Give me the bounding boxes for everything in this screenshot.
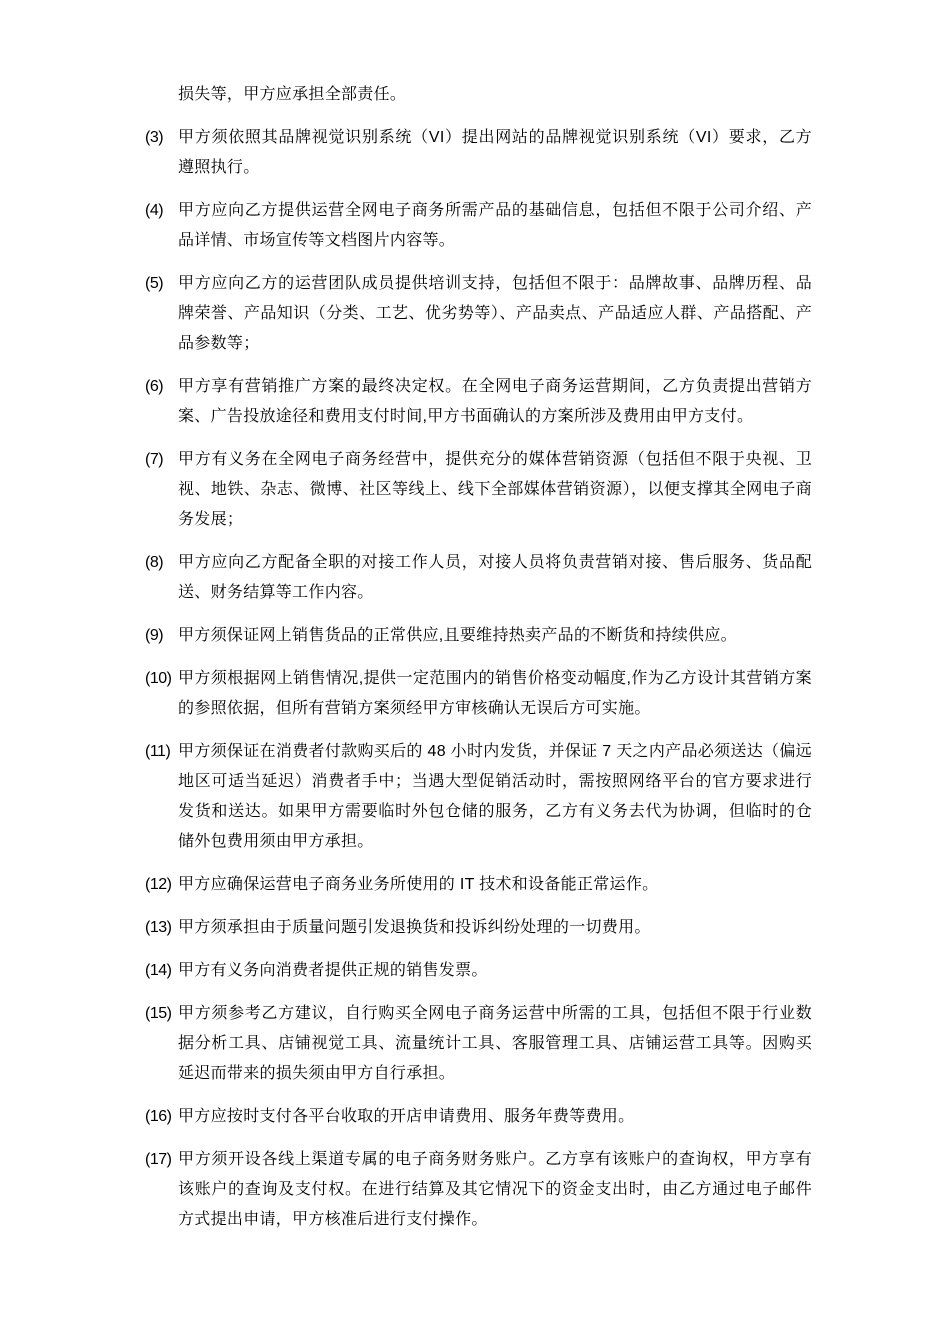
clause-text: 甲方应向乙方提供运营全网电子商务所需产品的基础信息，包括但不限于公司介绍、产品详… — [178, 196, 812, 256]
clause-number: (5) — [145, 269, 178, 299]
clause-text: 甲方有义务向消费者提供正规的销售发票。 — [178, 956, 812, 986]
clause-number: (17) — [145, 1145, 178, 1175]
clause-item: (16) 甲方应按时支付各平台收取的开店申请费用、服务年费等费用。 — [145, 1102, 812, 1132]
clause-number: (14) — [145, 956, 178, 986]
clause-number: (9) — [145, 621, 178, 651]
clause-number: (4) — [145, 196, 178, 226]
clause-number: (12) — [145, 870, 178, 900]
clause-item: (17) 甲方须开设各线上渠道专属的电子商务财务账户。乙方享有该账户的查询权，甲… — [145, 1145, 812, 1235]
clause-list: (3) 甲方须依照其品牌视觉识别系统（VI）提出网站的品牌视觉识别系统（VI）要… — [145, 123, 812, 1235]
clause-text: 甲方享有营销推广方案的最终决定权。在全网电子商务运营期间，乙方负责提出营销方案、… — [178, 372, 812, 432]
clause-text: 甲方须依照其品牌视觉识别系统（VI）提出网站的品牌视觉识别系统（VI）要求，乙方… — [178, 123, 812, 183]
clause-item: (3) 甲方须依照其品牌视觉识别系统（VI）提出网站的品牌视觉识别系统（VI）要… — [145, 123, 812, 183]
clause-number: (10) — [145, 664, 178, 694]
clause-number: (15) — [145, 999, 178, 1029]
clause-item: (14) 甲方有义务向消费者提供正规的销售发票。 — [145, 956, 812, 986]
clause-item: (8) 甲方应向乙方配备全职的对接工作人员，对接人员将负责营销对接、售后服务、货… — [145, 548, 812, 608]
clause-number: (6) — [145, 372, 178, 402]
clause-text: 甲方有义务在全网电子商务经营中，提供充分的媒体营销资源（包括但不限于央视、卫视、… — [178, 445, 812, 535]
clause-number: (16) — [145, 1102, 178, 1132]
clause-text: 甲方应按时支付各平台收取的开店申请费用、服务年费等费用。 — [178, 1102, 812, 1132]
clause-item: (10) 甲方须根据网上销售情况,提供一定范围内的销售价格变动幅度,作为乙方设计… — [145, 664, 812, 724]
clause-item: (6) 甲方享有营销推广方案的最终决定权。在全网电子商务运营期间，乙方负责提出营… — [145, 372, 812, 432]
clause-number: (13) — [145, 913, 178, 943]
clause-text: 甲方应向乙方的运营团队成员提供培训支持，包括但不限于：品牌故事、品牌历程、品牌荣… — [178, 269, 812, 359]
clause-item: (11) 甲方须保证在消费者付款购买后的 48 小时内发货，并保证 7 天之内产… — [145, 737, 812, 857]
clause-item: (4) 甲方应向乙方提供运营全网电子商务所需产品的基础信息，包括但不限于公司介绍… — [145, 196, 812, 256]
clause-text: 甲方须根据网上销售情况,提供一定范围内的销售价格变动幅度,作为乙方设计其营销方案… — [178, 664, 812, 724]
clause-number: (8) — [145, 548, 178, 578]
continuation-line: 损失等，甲方应承担全部责任。 — [178, 80, 812, 110]
clause-text: 甲方应确保运营电子商务业务所使用的 IT 技术和设备能正常运作。 — [178, 870, 812, 900]
clause-item: (7) 甲方有义务在全网电子商务经营中，提供充分的媒体营销资源（包括但不限于央视… — [145, 445, 812, 535]
clause-text: 甲方应向乙方配备全职的对接工作人员，对接人员将负责营销对接、售后服务、货品配送、… — [178, 548, 812, 608]
clause-item: (12) 甲方应确保运营电子商务业务所使用的 IT 技术和设备能正常运作。 — [145, 870, 812, 900]
clause-text: 甲方须保证网上销售货品的正常供应,且要维持热卖产品的不断货和持续供应。 — [178, 621, 812, 651]
document-page: 损失等，甲方应承担全部责任。 (3) 甲方须依照其品牌视觉识别系统（VI）提出网… — [0, 0, 950, 1344]
clause-number: (3) — [145, 123, 178, 153]
clause-text: 甲方须开设各线上渠道专属的电子商务财务账户。乙方享有该账户的查询权，甲方享有该账… — [178, 1145, 812, 1235]
clause-number: (7) — [145, 445, 178, 475]
clause-item: (13) 甲方须承担由于质量问题引发退换货和投诉纠纷处理的一切费用。 — [145, 913, 812, 943]
clause-item: (5) 甲方应向乙方的运营团队成员提供培训支持，包括但不限于：品牌故事、品牌历程… — [145, 269, 812, 359]
clause-text: 甲方须承担由于质量问题引发退换货和投诉纠纷处理的一切费用。 — [178, 913, 812, 943]
clause-item: (15) 甲方须参考乙方建议，自行购买全网电子商务运营中所需的工具，包括但不限于… — [145, 999, 812, 1089]
clause-item: (9) 甲方须保证网上销售货品的正常供应,且要维持热卖产品的不断货和持续供应。 — [145, 621, 812, 651]
clause-text: 甲方须保证在消费者付款购买后的 48 小时内发货，并保证 7 天之内产品必须送达… — [178, 737, 812, 857]
clause-text: 甲方须参考乙方建议，自行购买全网电子商务运营中所需的工具，包括但不限于行业数据分… — [178, 999, 812, 1089]
clause-number: (11) — [145, 737, 178, 767]
